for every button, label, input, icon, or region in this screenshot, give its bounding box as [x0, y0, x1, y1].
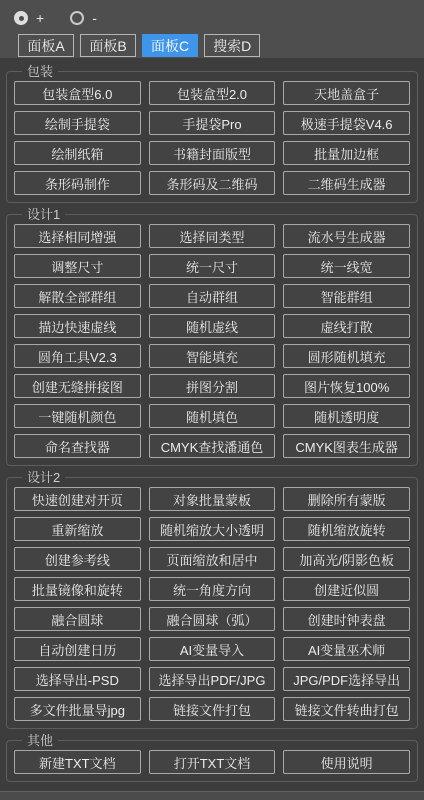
- tool-button[interactable]: 统一角度方向: [149, 577, 276, 601]
- tool-button[interactable]: 统一尺寸: [149, 254, 276, 278]
- tab-bar: 面板A面板B面板C搜索D: [18, 34, 424, 58]
- tool-button[interactable]: 图片恢复100%: [283, 374, 410, 398]
- tool-button[interactable]: 融合圆球（弧）: [149, 607, 276, 631]
- tool-button[interactable]: 自动群组: [149, 284, 276, 308]
- tool-button[interactable]: 条形码及二维码: [149, 171, 276, 195]
- footer-divider: [0, 791, 424, 800]
- tool-button[interactable]: 页面缩放和居中: [149, 547, 276, 571]
- tool-button[interactable]: 一键随机颜色: [14, 404, 141, 428]
- tool-button[interactable]: 创建无缝拼接图: [14, 374, 141, 398]
- tool-button[interactable]: CMYK图表生成器: [283, 434, 410, 458]
- radio-selected-icon[interactable]: [14, 11, 28, 25]
- section-group: 设计1选择相同增强选择同类型流水号生成器调整尺寸统一尺寸统一线宽解散全部群组自动…: [6, 207, 418, 466]
- radio-plus[interactable]: +: [14, 10, 44, 26]
- tool-button[interactable]: 流水号生成器: [283, 224, 410, 248]
- tool-button[interactable]: 圆角工具V2.3: [14, 344, 141, 368]
- tool-button[interactable]: 圆形随机填充: [283, 344, 410, 368]
- tool-button[interactable]: 条形码制作: [14, 171, 141, 195]
- tool-button[interactable]: 批量加边框: [283, 141, 410, 165]
- tool-button[interactable]: 选择导出-PSD: [14, 667, 141, 691]
- tool-button[interactable]: 对象批量蒙板: [149, 487, 276, 511]
- tool-button[interactable]: 二维码生成器: [283, 171, 410, 195]
- tool-button[interactable]: JPG/PDF选择导出: [283, 667, 410, 691]
- tool-button[interactable]: CMYK查找潘通色: [149, 434, 276, 458]
- tab-panel-b[interactable]: 面板B: [80, 34, 136, 57]
- tool-button[interactable]: 智能填充: [149, 344, 276, 368]
- tool-button[interactable]: 加高光/阴影色板: [283, 547, 410, 571]
- tool-button[interactable]: 融合圆球: [14, 607, 141, 631]
- radio-group: + -: [0, 8, 424, 28]
- tool-button[interactable]: 创建近似圆: [283, 577, 410, 601]
- tool-button[interactable]: 虚线打散: [283, 314, 410, 338]
- tool-button[interactable]: 选择导出PDF/JPG: [149, 667, 276, 691]
- tool-button[interactable]: 包装盒型6.0: [14, 81, 141, 105]
- panel-content: 包装包装盒型6.0包装盒型2.0天地盖盒子绘制手提袋手提袋Pro极速手提袋V4.…: [0, 58, 424, 782]
- section-title: 其他: [22, 733, 58, 748]
- section-title: 设计1: [22, 207, 65, 222]
- tool-button[interactable]: 命名查找器: [14, 434, 141, 458]
- tool-button[interactable]: 描边快速虚线: [14, 314, 141, 338]
- tool-button[interactable]: 选择相同增强: [14, 224, 141, 248]
- tool-button[interactable]: 打开TXT文档: [149, 750, 276, 774]
- button-grid: 快速创建对开页对象批量蒙板删除所有蒙版重新缩放随机缩放大小透明随机缩放旋转创建参…: [14, 487, 410, 721]
- tool-button[interactable]: 多文件批量导jpg: [14, 697, 141, 721]
- tool-button[interactable]: 使用说明: [283, 750, 410, 774]
- button-grid: 包装盒型6.0包装盒型2.0天地盖盒子绘制手提袋手提袋Pro极速手提袋V4.6绘…: [14, 81, 410, 195]
- section-group: 设计2快速创建对开页对象批量蒙板删除所有蒙版重新缩放随机缩放大小透明随机缩放旋转…: [6, 470, 418, 729]
- tab-search-d[interactable]: 搜索D: [204, 34, 260, 57]
- radio-minus[interactable]: -: [70, 10, 97, 26]
- tool-button[interactable]: 随机虚线: [149, 314, 276, 338]
- tool-button[interactable]: 极速手提袋V4.6: [283, 111, 410, 135]
- tool-button[interactable]: 创建时钟表盘: [283, 607, 410, 631]
- section-group: 包装包装盒型6.0包装盒型2.0天地盖盒子绘制手提袋手提袋Pro极速手提袋V4.…: [6, 64, 418, 203]
- tool-button[interactable]: AI变量导入: [149, 637, 276, 661]
- tool-button[interactable]: 绘制手提袋: [14, 111, 141, 135]
- radio-minus-label: -: [92, 10, 97, 26]
- tool-button[interactable]: 快速创建对开页: [14, 487, 141, 511]
- section-group: 其他新建TXT文档打开TXT文档使用说明: [6, 733, 418, 782]
- tool-button[interactable]: 随机透明度: [283, 404, 410, 428]
- section-title: 设计2: [22, 470, 65, 485]
- panel-header: + - 面板A面板B面板C搜索D: [0, 0, 424, 58]
- radio-unselected-icon[interactable]: [70, 11, 84, 25]
- tool-button[interactable]: 重新缩放: [14, 517, 141, 541]
- tab-panel-a[interactable]: 面板A: [18, 34, 74, 57]
- tool-button[interactable]: 批量镜像和旋转: [14, 577, 141, 601]
- tool-button[interactable]: 选择同类型: [149, 224, 276, 248]
- tab-panel-c[interactable]: 面板C: [142, 34, 198, 57]
- tool-button[interactable]: 绘制纸箱: [14, 141, 141, 165]
- tool-button[interactable]: 链接文件打包: [149, 697, 276, 721]
- tool-button[interactable]: 包装盒型2.0: [149, 81, 276, 105]
- tool-button[interactable]: AI变量巫术师: [283, 637, 410, 661]
- tool-button[interactable]: 随机填色: [149, 404, 276, 428]
- tool-button[interactable]: 统一线宽: [283, 254, 410, 278]
- tool-button[interactable]: 创建参考线: [14, 547, 141, 571]
- section-title: 包装: [22, 64, 58, 79]
- tool-button[interactable]: 拼图分割: [149, 374, 276, 398]
- tool-button[interactable]: 天地盖盒子: [283, 81, 410, 105]
- button-grid: 新建TXT文档打开TXT文档使用说明: [14, 750, 410, 774]
- button-grid: 选择相同增强选择同类型流水号生成器调整尺寸统一尺寸统一线宽解散全部群组自动群组智…: [14, 224, 410, 458]
- tool-button[interactable]: 自动创建日历: [14, 637, 141, 661]
- tool-button[interactable]: 删除所有蒙版: [283, 487, 410, 511]
- tool-button[interactable]: 随机缩放大小透明: [149, 517, 276, 541]
- tool-button[interactable]: 解散全部群组: [14, 284, 141, 308]
- tool-button[interactable]: 随机缩放旋转: [283, 517, 410, 541]
- tool-button[interactable]: 智能群组: [283, 284, 410, 308]
- radio-plus-label: +: [36, 10, 44, 26]
- tool-button[interactable]: 新建TXT文档: [14, 750, 141, 774]
- tool-button[interactable]: 手提袋Pro: [149, 111, 276, 135]
- tool-button[interactable]: 书籍封面版型: [149, 141, 276, 165]
- tool-button[interactable]: 链接文件转曲打包: [283, 697, 410, 721]
- tool-button[interactable]: 调整尺寸: [14, 254, 141, 278]
